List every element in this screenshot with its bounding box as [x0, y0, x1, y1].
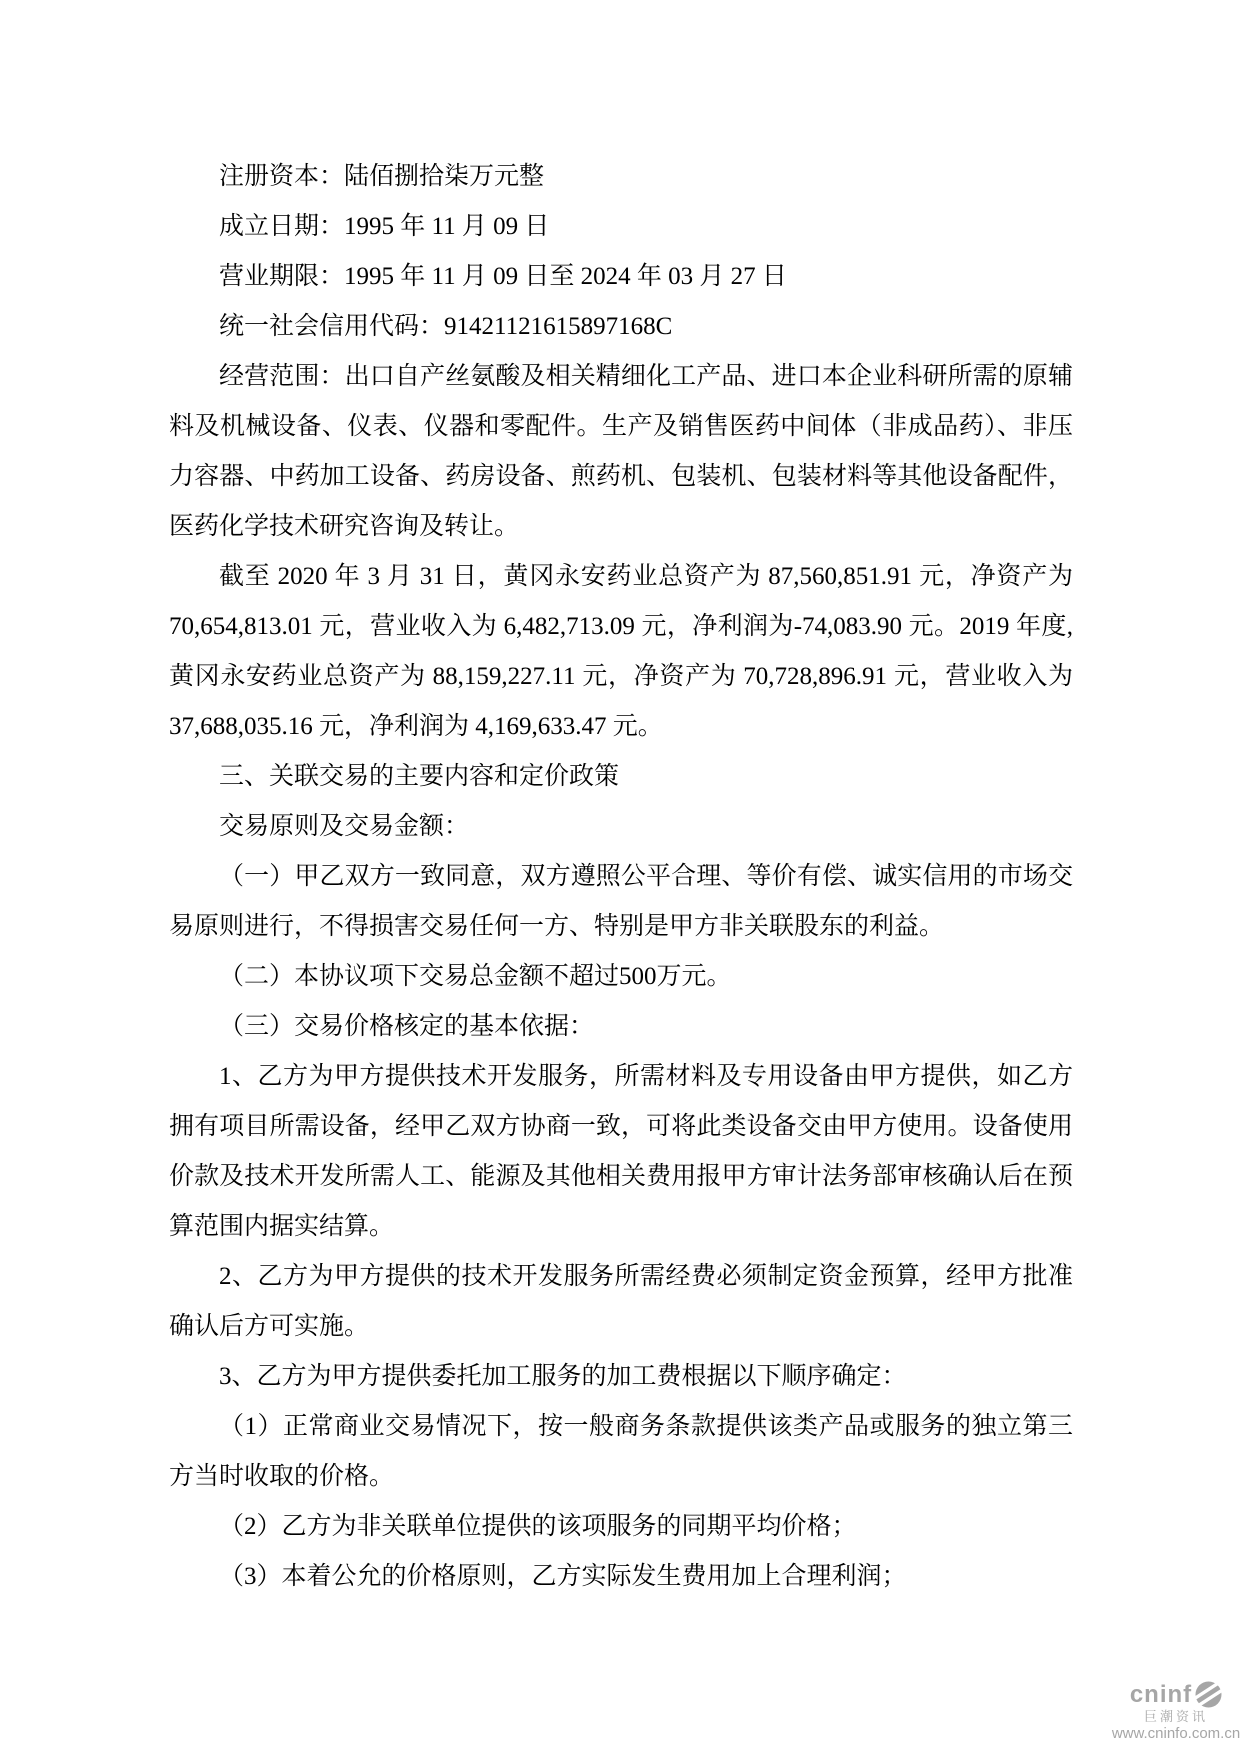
document-body: 注册资本：陆佰捌拾柒万元整 成立日期：1995 年 11 月 09 日 营业期限…: [169, 152, 1073, 1602]
cninfo-logo: cninf 巨潮资讯 www.cninfo.com.cn: [1114, 1681, 1238, 1741]
paragraph-registered-capital: 注册资本：陆佰捌拾柒万元整: [169, 152, 1073, 202]
paragraph-basis-3: 3、乙方为甲方提供委托加工服务的加工费根据以下顺序确定：: [169, 1352, 1073, 1402]
cninfo-brand-row: cninf: [1130, 1681, 1222, 1708]
paragraph-basis-2: 2、乙方为甲方提供的技术开发服务所需经费必须制定资金预算，经甲方批准确认后方可实…: [169, 1252, 1073, 1352]
heading-section-three: 三、关联交易的主要内容和定价政策: [169, 752, 1073, 802]
paragraph-basis-3-sub2: （2）乙方为非关联单位提供的该项服务的同期平均价格；: [169, 1502, 1073, 1552]
paragraph-financials: 截至 2020 年 3 月 31 日，黄冈永安药业总资产为 87,560,851…: [169, 552, 1073, 752]
paragraph-business-term: 营业期限：1995 年 11 月 09 日至 2024 年 03 月 27 日: [169, 252, 1073, 302]
paragraph-basis-3-sub3: （3）本着公允的价格原则，乙方实际发生费用加上合理利润；: [169, 1552, 1073, 1602]
cninfo-url: www.cninfo.com.cn: [1112, 1726, 1240, 1741]
paragraph-credit-code: 统一社会信用代码：91421121615897168C: [169, 302, 1073, 352]
paragraph-item-three: （三）交易价格核定的基本依据：: [169, 1002, 1073, 1052]
paragraph-item-one: （一）甲乙双方一致同意，双方遵照公平合理、等价有偿、诚实信用的市场交易原则进行，…: [169, 852, 1073, 952]
paragraph-basis-3-sub1: （1）正常商业交易情况下，按一般商务条款提供该类产品或服务的独立第三方当时收取的…: [169, 1402, 1073, 1502]
cninfo-brand-text: cninf: [1130, 1683, 1192, 1707]
paragraph-business-scope: 经营范围：出口自产丝氨酸及相关精细化工产品、进口本企业科研所需的原辅料及机械设备…: [169, 352, 1073, 552]
paragraph-principles-title: 交易原则及交易金额：: [169, 802, 1073, 852]
document-page: { "document": { "paragraphs": [ "注册资本：陆佰…: [0, 0, 1241, 1754]
paragraph-establish-date: 成立日期：1995 年 11 月 09 日: [169, 202, 1073, 252]
cninfo-chinese-name: 巨潮资讯: [1144, 1710, 1208, 1723]
cninfo-swoosh-icon: [1195, 1681, 1222, 1708]
paragraph-basis-1: 1、乙方为甲方提供技术开发服务，所需材料及专用设备由甲方提供，如乙方拥有项目所需…: [169, 1052, 1073, 1252]
paragraph-item-two: （二）本协议项下交易总金额不超过500万元。: [169, 952, 1073, 1002]
